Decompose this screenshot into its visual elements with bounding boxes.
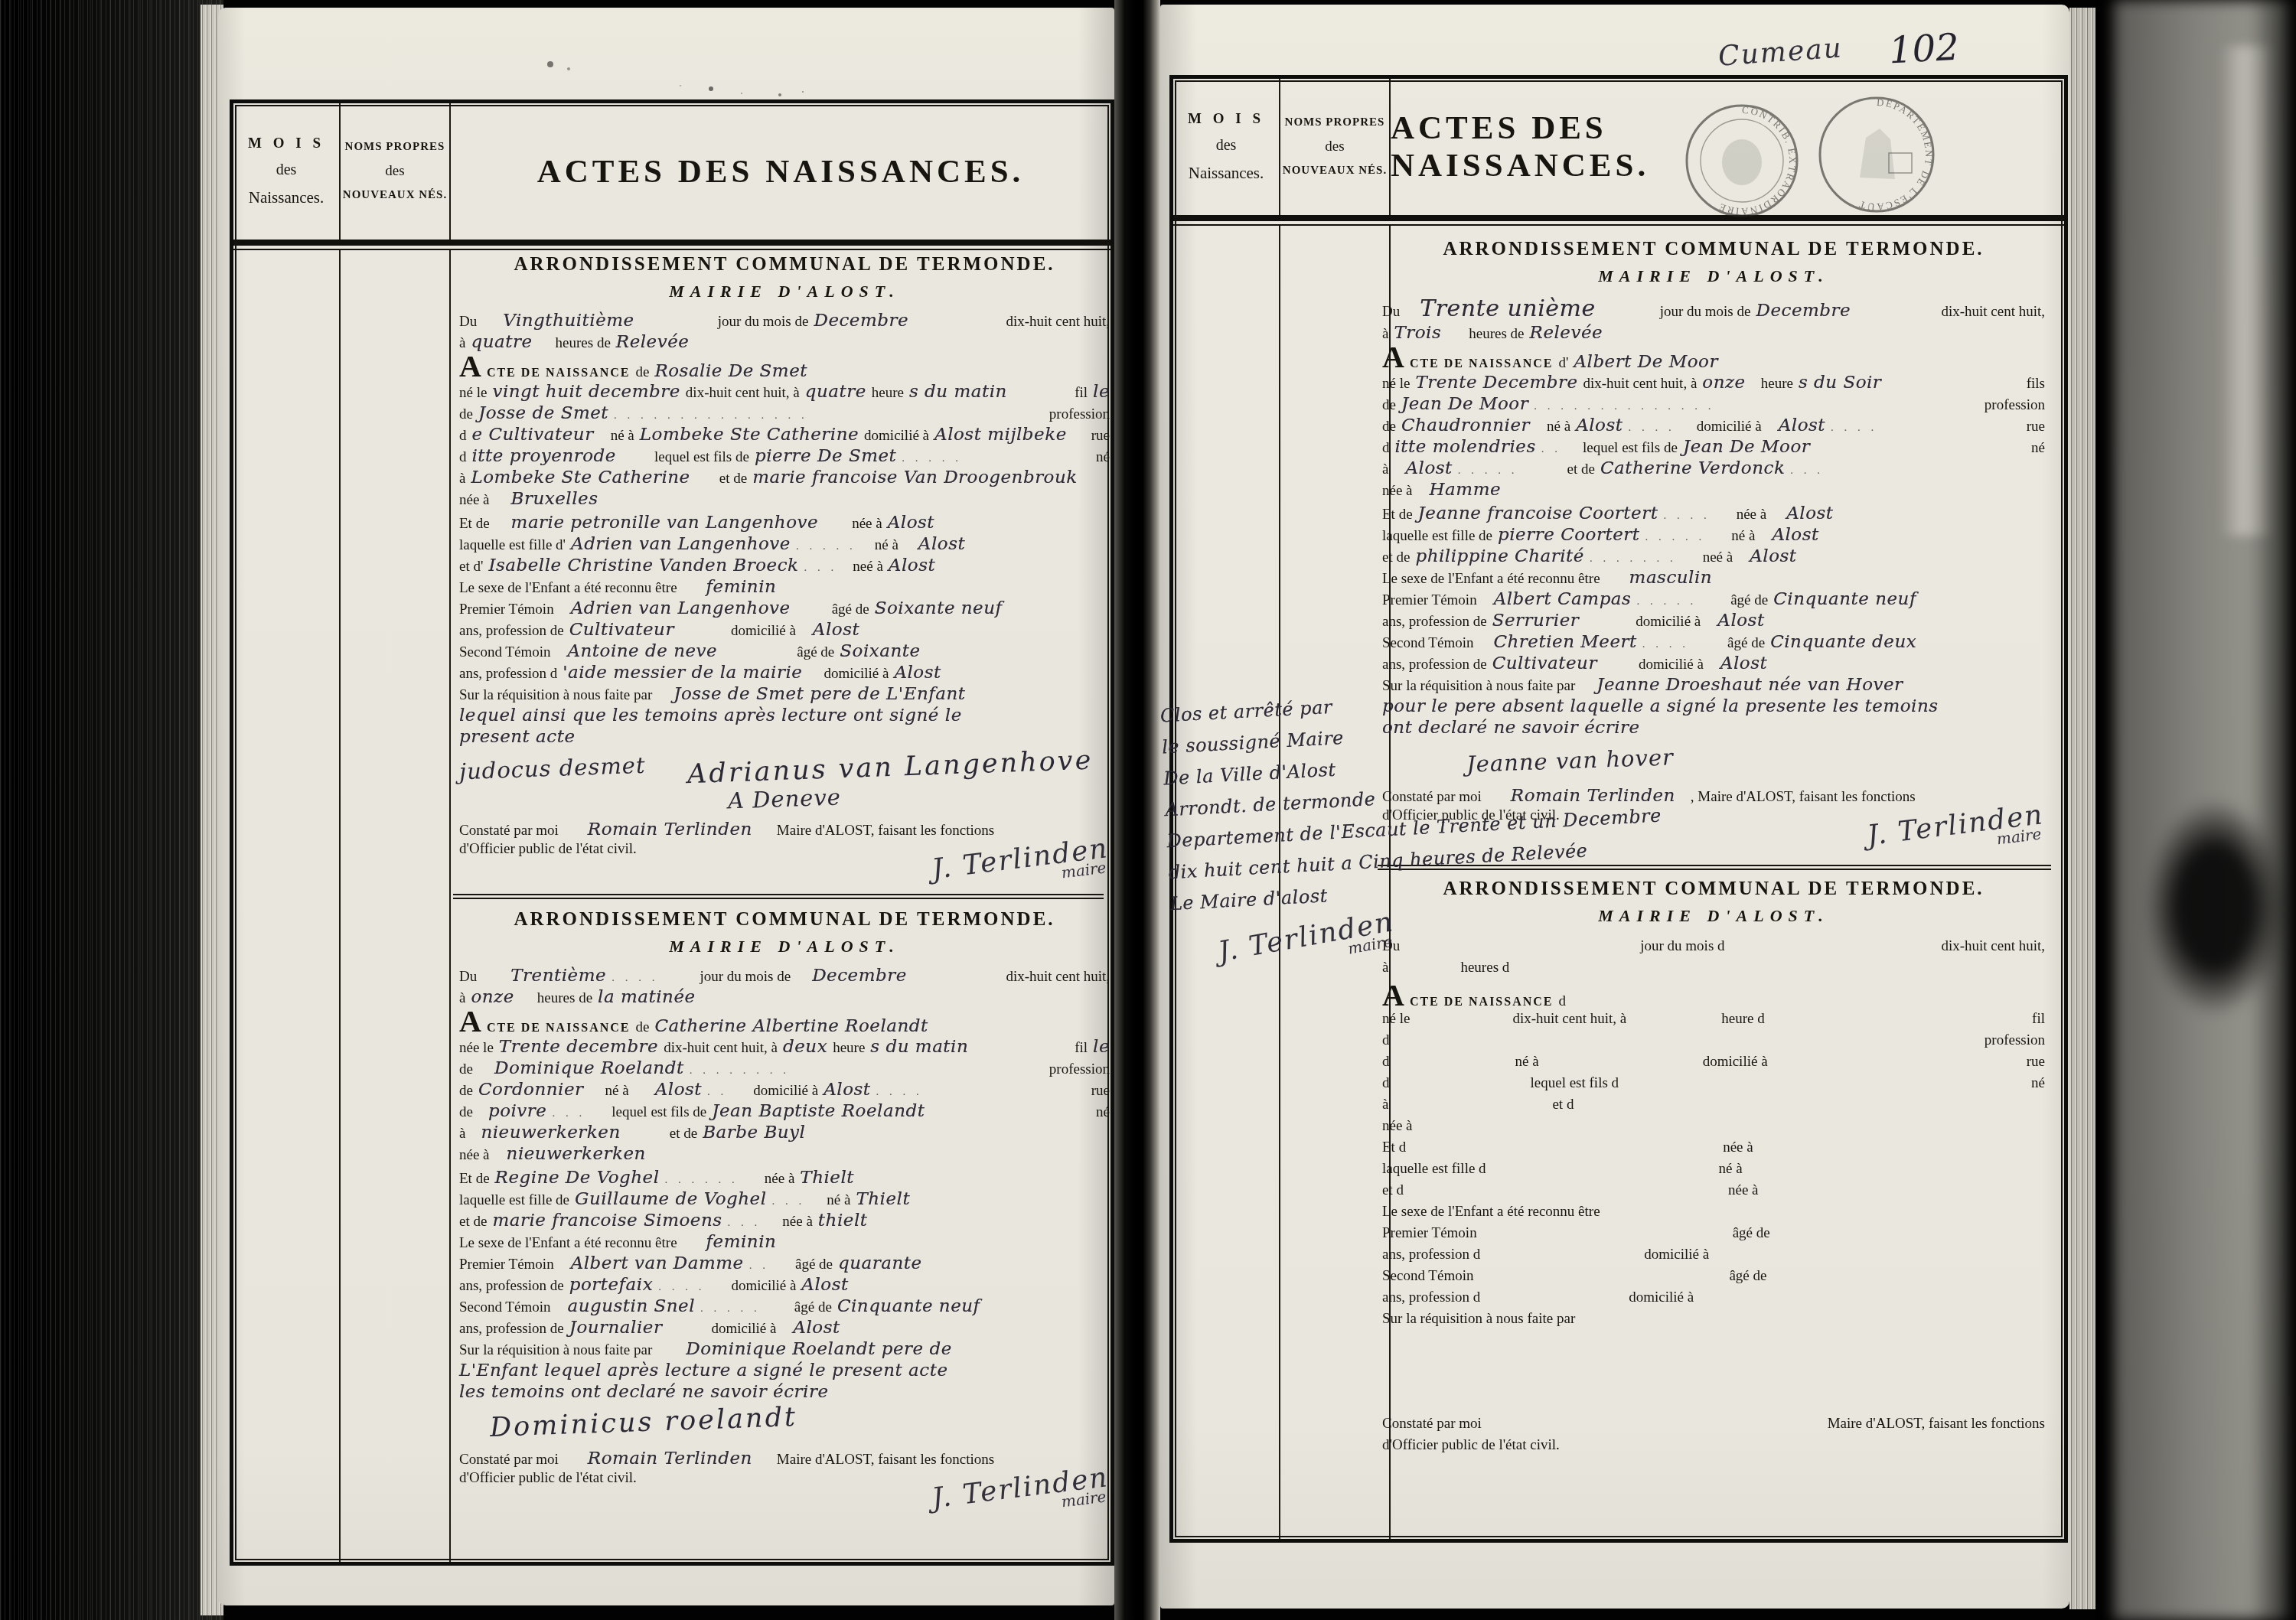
register-closing-note: Clos et arrêté parle soussigné MaireDe l… bbox=[1159, 676, 1708, 972]
handwritten-text: Lombeke Ste Catherine bbox=[471, 468, 690, 487]
spacer bbox=[559, 613, 566, 614]
label: NOUVEAUX NÉS. bbox=[1283, 165, 1387, 178]
printed-text: né bbox=[1096, 449, 1110, 466]
handwritten-text: Alost bbox=[1779, 416, 1825, 435]
printed-text: rue bbox=[1091, 428, 1110, 445]
act-line: Constaté par moiMaire d'ALOST, faisant l… bbox=[1382, 1416, 2045, 1436]
handwritten-text: vingt huit decembre bbox=[492, 382, 680, 402]
printed-text: d bbox=[1558, 993, 1566, 1010]
printed-text: domicilié à bbox=[1636, 614, 1701, 631]
printed-text: ans, profession de bbox=[459, 1278, 564, 1295]
handwritten-text: deux bbox=[783, 1037, 827, 1057]
printed-text: domicilié à bbox=[711, 1321, 776, 1338]
handwritten-text: Hamme bbox=[1430, 480, 1502, 500]
handwritten-text: Relevée bbox=[1530, 323, 1603, 343]
spacer bbox=[556, 656, 562, 657]
handwritten-text: L'Enfant lequel après lecture a signé le… bbox=[459, 1361, 948, 1380]
printed-text: dix-huit cent huit, à bbox=[664, 1040, 778, 1057]
printed-text: Et de bbox=[459, 1171, 490, 1188]
spacer bbox=[744, 1182, 759, 1183]
spacer bbox=[1395, 1087, 1525, 1087]
printed-text: fils bbox=[2027, 376, 2045, 393]
printed-text: âgé de bbox=[1730, 592, 1768, 609]
handwritten-text: Thielt bbox=[856, 1189, 910, 1209]
act-line: L'Enfant lequel après lecture a signé le… bbox=[459, 1361, 1110, 1381]
printed-text: jour du mois de bbox=[700, 969, 791, 986]
handwritten-dots: . . . . bbox=[1642, 638, 1689, 651]
spacer bbox=[482, 980, 505, 981]
label: Naissances. bbox=[249, 188, 325, 207]
handwritten-text: Chaudronnier bbox=[1401, 416, 1530, 435]
spacer bbox=[1711, 539, 1726, 540]
printed-text: heure bbox=[833, 1040, 865, 1057]
column-divider bbox=[339, 250, 341, 1562]
handwritten-text: Decembre bbox=[1756, 301, 1851, 321]
handwritten-dots: . . . . bbox=[612, 972, 658, 985]
handwritten-dots: . . . bbox=[804, 562, 838, 575]
printed-text: de bbox=[459, 1083, 473, 1100]
printed-text: CTE DE NAISSANCE bbox=[487, 367, 631, 380]
act-line: ans, profession deportefaix. . . .domici… bbox=[459, 1275, 1110, 1296]
printed-text: né à bbox=[827, 1192, 850, 1209]
printed-text: dix-huit cent huit, à bbox=[1583, 376, 1698, 393]
signature: Adrianus van Langenhove bbox=[687, 745, 1093, 790]
label: NOMS PROPRES bbox=[1285, 116, 1385, 129]
printed-text: Constaté par moi bbox=[459, 823, 559, 839]
spacer bbox=[640, 325, 713, 326]
spacer bbox=[904, 549, 913, 549]
handwritten-text: Chretien Meert bbox=[1493, 632, 1636, 652]
act-line: et dnée à bbox=[1382, 1182, 2045, 1203]
act-line: et dephilippine Charité. . . . . . .neé … bbox=[1382, 546, 2045, 567]
act-line: DuVingthuitièmejour du mois deDecembredi… bbox=[459, 311, 1110, 331]
dropcap: A bbox=[459, 359, 481, 374]
mairie-heading: MAIRIE D'ALOST. bbox=[459, 937, 1110, 957]
handwritten-text: present acte bbox=[459, 727, 576, 747]
handwritten-text: marie francoise Simoens bbox=[492, 1211, 722, 1230]
handwritten-text: Cinquante deux bbox=[1770, 632, 1916, 652]
printed-text: rue bbox=[2027, 1054, 2045, 1071]
printed-text: lequel est fils de bbox=[654, 449, 749, 466]
act-line: Second Témoinâgé de bbox=[1382, 1268, 2045, 1289]
handwritten-text: marie francoise Van Droogenbrouk bbox=[752, 468, 1078, 487]
printed-text: domicilié à bbox=[731, 623, 796, 640]
printed-text: de bbox=[459, 1104, 473, 1121]
act-line: dprofession bbox=[1382, 1032, 2045, 1053]
printed-text: né à bbox=[605, 1083, 629, 1100]
printed-text: Second Témoin bbox=[1382, 635, 1473, 652]
handwritten-text: e Cultivateur bbox=[472, 425, 594, 445]
handwritten-text: Dominique Roelandt pere de bbox=[686, 1339, 952, 1359]
act-line: né levingt huit decembredix-huit cent hu… bbox=[459, 382, 1110, 403]
spacer bbox=[680, 634, 726, 635]
printed-text: dix-huit cent huit, bbox=[1006, 969, 1110, 986]
handwritten-text: marie petronille van Langenhove bbox=[511, 513, 819, 533]
printed-text: neé à bbox=[1703, 549, 1733, 566]
handwritten-text: Josse de Smet bbox=[478, 403, 608, 423]
printed-text: née le bbox=[459, 1040, 494, 1057]
handwritten-text: masculin bbox=[1629, 568, 1713, 588]
spacer bbox=[626, 1137, 664, 1138]
printed-text: domicilié à bbox=[1629, 1289, 1694, 1306]
act-line: Second Témoinaugustin Snel. . . . .âgé d… bbox=[459, 1296, 1110, 1317]
spacer bbox=[495, 504, 506, 504]
act-line: laquelle est fille d'Adrien van Langenho… bbox=[459, 534, 1110, 555]
printed-text: âgé de bbox=[1733, 1225, 1770, 1242]
handwritten-text: Trente Decembre bbox=[1415, 373, 1577, 393]
printed-text: né le bbox=[1382, 376, 1410, 393]
printed-text: Sur la réquisition à nous faite par bbox=[1382, 1311, 1575, 1328]
handwritten-dots: . . . . . bbox=[796, 540, 856, 553]
act-line: àonzeheures dela matinée bbox=[459, 987, 1110, 1008]
printed-text: né le bbox=[459, 385, 487, 402]
round-ink-stamp: CONTRIB. EXTRAORDINAIRE bbox=[1682, 101, 1802, 220]
handwritten-text: nieuwerkerken bbox=[481, 1123, 620, 1142]
handwritten-dots: . . . . . bbox=[902, 452, 962, 465]
spacer bbox=[758, 834, 771, 835]
printed-text: d'Officier public de l'état civil. bbox=[459, 1470, 637, 1487]
act-line: ditte molendries. .lequel est fils deJea… bbox=[1382, 437, 2045, 458]
spacer bbox=[1567, 451, 1577, 452]
act-line: deChaudronnierné àAlost. . . .domicilié … bbox=[1382, 416, 2045, 436]
printed-text: d bbox=[459, 449, 467, 466]
spacer bbox=[520, 1002, 532, 1002]
act-line: Second TémoinAntoine de neveâgé deSoixan… bbox=[459, 641, 1110, 662]
spacer bbox=[564, 1463, 582, 1464]
printed-text: d bbox=[459, 428, 467, 445]
handwritten-text: Romain Terlinden bbox=[588, 820, 752, 839]
spacer bbox=[559, 1268, 566, 1269]
handwritten-text: Alost bbox=[1576, 416, 1623, 435]
printed-text: Et d bbox=[1382, 1139, 1406, 1156]
printed-text: profession bbox=[1985, 1032, 2045, 1049]
spacer bbox=[1395, 1065, 1510, 1066]
handwritten-text: Alost bbox=[1717, 611, 1764, 631]
spacer bbox=[696, 482, 714, 483]
printed-text: Constaté par moi bbox=[459, 1452, 559, 1468]
spacer bbox=[478, 1116, 483, 1116]
act-line: née à bbox=[1382, 1118, 2045, 1139]
act-divider bbox=[453, 894, 1104, 895]
act-line: ACTE DE NAISSANCEd'Albert De Moor bbox=[1382, 350, 2045, 372]
act-line: ans, profession deJournalierdomicilié àA… bbox=[459, 1318, 1110, 1338]
act-line: DuTrente unièmejour du mois deDecembredi… bbox=[1382, 295, 2045, 322]
act-line: laquelle est fille dné à bbox=[1382, 1161, 2045, 1182]
handwritten-text: Trente unième bbox=[1420, 295, 1595, 322]
handwritten-text: Jean De Moor bbox=[1683, 437, 1810, 457]
printed-text: Premier Témoin bbox=[459, 1257, 554, 1273]
act-line: Et dnée à bbox=[1382, 1139, 2045, 1160]
page-stack-edge-right bbox=[2069, 8, 2095, 1609]
printed-text: d bbox=[1382, 1054, 1390, 1071]
handwritten-text: Soixante bbox=[840, 641, 920, 661]
printed-text: et de bbox=[1382, 549, 1410, 566]
handwritten-text: Vingthuitième bbox=[503, 311, 634, 331]
spacer bbox=[589, 1094, 600, 1095]
printed-text: de bbox=[459, 1061, 473, 1078]
spacer bbox=[1603, 668, 1633, 669]
spacer bbox=[1694, 647, 1722, 647]
act-line: DuTrentième. . . .jour du mois deDecembr… bbox=[459, 966, 1110, 986]
handwritten-text: s du matin bbox=[909, 382, 1007, 402]
label: des bbox=[1325, 139, 1344, 155]
spacer bbox=[471, 1137, 475, 1138]
spacer bbox=[1682, 561, 1698, 562]
act-line: et demarie francoise Simoens. . .née àth… bbox=[459, 1211, 1110, 1231]
printed-text: et de bbox=[670, 1126, 697, 1142]
spacer bbox=[710, 1289, 726, 1290]
handwritten-text: poivre bbox=[488, 1101, 547, 1121]
spacer bbox=[801, 634, 807, 635]
act-line: laquelle est fille deGuillaume de Voghel… bbox=[459, 1189, 1110, 1210]
spacer bbox=[1772, 518, 1781, 519]
handwritten-text: Alost bbox=[894, 663, 941, 683]
spacer bbox=[1492, 1172, 1714, 1173]
printed-text: heure bbox=[1761, 376, 1793, 393]
act-line: ACTE DE NAISSANCEdeRosalie De Smet bbox=[459, 359, 1110, 381]
printed-text: lequel est fils d bbox=[1531, 1075, 1619, 1092]
round-ink-stamp: DÉPARTEMENT DE L'ESCAUT bbox=[1815, 93, 1938, 216]
printed-text: Premier Témoin bbox=[1382, 592, 1477, 609]
mairie-heading: MAIRIE D'ALOST. bbox=[1382, 266, 2045, 286]
printed-text: domicilié à bbox=[864, 428, 929, 445]
printed-text: profession bbox=[1049, 406, 1110, 423]
handwritten-dots: . . . . bbox=[1663, 510, 1710, 523]
handwritten-text: Jean De Moor bbox=[1401, 394, 1528, 414]
act-line: lequel ainsi que les temoins après lectu… bbox=[459, 706, 1110, 726]
spacer bbox=[1544, 1065, 1698, 1066]
printed-text: Maire d'ALOST, faisant les fonctions bbox=[777, 1452, 994, 1468]
handwritten-text: Isabelle Christine Vanden Broeck bbox=[488, 556, 798, 575]
handwritten-text: Romain Terlinden bbox=[588, 1449, 752, 1468]
handwritten-dots: . . bbox=[1541, 443, 1561, 456]
act-line: A Deneve bbox=[459, 786, 1110, 812]
spacer bbox=[1479, 1279, 1724, 1280]
act-line: Dominicus roelandt bbox=[459, 1407, 1110, 1438]
act-line: Et deJeanne francoise Coortert. . . .née… bbox=[1382, 504, 2045, 524]
handwritten-text: Alost bbox=[889, 556, 935, 575]
handwritten-text: Trentième bbox=[510, 966, 606, 986]
handwritten-dots: . . . . bbox=[1629, 422, 1675, 435]
printed-text: d bbox=[1382, 1032, 1390, 1049]
printed-text: née à bbox=[852, 516, 882, 533]
handwritten-text: Cordonnier bbox=[478, 1080, 584, 1100]
handwritten-text: Soixante neuf bbox=[875, 598, 1003, 618]
printed-text: née à bbox=[1723, 1139, 1753, 1156]
left-form-header: M O I S des Naissances. NOMS PROPRES des… bbox=[233, 103, 1110, 246]
spacer bbox=[1632, 1022, 1716, 1023]
printed-text: CTE DE NAISSANCE bbox=[1410, 357, 1554, 371]
handwritten-text: Alost bbox=[1720, 654, 1767, 673]
spacer bbox=[556, 1311, 562, 1312]
ink-spots bbox=[547, 61, 553, 67]
handwritten-text: Alost bbox=[1786, 504, 1833, 523]
printed-text: dix-huit cent huit, à bbox=[686, 385, 800, 402]
book-scan: Cumeau 102 M O I S des Naissances. NOMS … bbox=[0, 0, 2296, 1620]
book-gutter bbox=[1114, 0, 1160, 1620]
handwritten-text: s du matin bbox=[870, 1037, 968, 1057]
label: des bbox=[1216, 137, 1237, 155]
act-line: les temoins ont declaré ne savoir écrire bbox=[459, 1382, 1110, 1403]
printed-text: lequel est fils de bbox=[1583, 440, 1678, 457]
handwritten-text: Jeanne francoise Coortert bbox=[1418, 504, 1658, 523]
printed-text: Et de bbox=[1382, 507, 1413, 523]
printed-text: Le sexe de l'Enfant a été reconnu être bbox=[459, 580, 677, 597]
printed-text: rue bbox=[2027, 419, 2045, 435]
act-line: deJean De Moor. . . . . . . . . . . . . … bbox=[1382, 394, 2045, 415]
printed-text: fil bbox=[1075, 385, 1088, 402]
printed-text: né à bbox=[1731, 528, 1755, 545]
act-line: Constaté par moiRomain TerlindenMaire d'… bbox=[459, 820, 1110, 840]
printed-text: et de bbox=[1567, 461, 1595, 478]
spacer bbox=[1409, 1194, 1723, 1195]
column-divider bbox=[449, 250, 451, 1562]
act-line: ans, profession deCultivateurdomicilié à… bbox=[1382, 654, 2045, 674]
handwritten-text: Adrien van Langenhove bbox=[571, 534, 791, 554]
spacer bbox=[634, 1094, 650, 1095]
spacer bbox=[667, 1332, 706, 1333]
handwritten-text: Decembre bbox=[814, 311, 908, 331]
signature: judocus desmet bbox=[458, 752, 646, 784]
handwritten-text: Thielt bbox=[800, 1168, 854, 1188]
printed-text: âgé de bbox=[1729, 1268, 1766, 1285]
printed-text: domicilié à bbox=[823, 666, 889, 683]
act-line: ans, profession d'aide messier de la mai… bbox=[459, 663, 1110, 683]
act-line: ACTE DE NAISSANCEd bbox=[1382, 988, 2045, 1010]
handwritten-dots: . . . . . . . bbox=[1590, 552, 1677, 566]
handwritten-text: Guillaume de Voghel bbox=[575, 1189, 767, 1209]
handwritten-dots: . . . . . bbox=[1458, 464, 1518, 478]
spacer bbox=[810, 1204, 821, 1204]
act-line: d'Officier public de l'état civil. bbox=[1382, 1437, 2045, 1458]
printed-text: heures de bbox=[537, 990, 592, 1007]
printed-text: laquelle est fille d' bbox=[459, 537, 566, 554]
spacer bbox=[482, 325, 497, 326]
printed-text: né à bbox=[875, 537, 899, 554]
handwritten-text: Alost bbox=[813, 620, 859, 640]
act-line: Premier TémoinAdrien van Langenhoveâgé d… bbox=[459, 598, 1110, 619]
printed-text: Constaté par moi bbox=[1382, 1416, 1482, 1433]
printed-text: lequel est fils de bbox=[612, 1104, 706, 1121]
printed-text: ans, profession d bbox=[1382, 1247, 1480, 1263]
handwritten-dots: . . . . . bbox=[1636, 595, 1697, 608]
printed-text: Maire d'ALOST, faisant les fonctions bbox=[1828, 1416, 2045, 1433]
handwritten-text: Barbe Buyl bbox=[703, 1123, 805, 1142]
signature: Dominicus roelandt bbox=[489, 1402, 797, 1443]
handwritten-text: Lombeke Ste Catherine bbox=[640, 425, 859, 445]
handwritten-dots: . . . bbox=[772, 1195, 806, 1208]
printed-text: né à bbox=[611, 428, 634, 445]
act-line: àet d bbox=[1382, 1097, 2045, 1117]
printed-text: ans, profession d bbox=[1382, 1289, 1480, 1306]
printed-text: de bbox=[635, 364, 649, 381]
act-line: ans, profession deSerrurierdomicilié àAl… bbox=[1382, 611, 2045, 631]
printed-text: dix-huit cent huit, bbox=[1941, 938, 2045, 955]
printed-text: laquelle est fille d bbox=[1382, 1161, 1486, 1178]
printed-text: née à bbox=[765, 1171, 795, 1188]
spacer bbox=[657, 699, 668, 699]
form-title-cell: ACTES DES NAISSANCES. bbox=[451, 103, 1110, 240]
printed-text: domicilié à bbox=[731, 1278, 796, 1295]
printed-text: Second Témoin bbox=[1382, 1268, 1473, 1285]
act-line: ditte proyenrodelequel est fils depierre… bbox=[459, 446, 1110, 467]
printed-text: heure d bbox=[1721, 1011, 1764, 1028]
handwritten-text: Alost bbox=[1405, 458, 1452, 478]
signature: A Deneve bbox=[727, 784, 841, 813]
handwritten-text: Albert De Moor bbox=[1574, 352, 1717, 372]
printed-text: âgé de bbox=[797, 644, 834, 661]
label: Naissances. bbox=[1189, 164, 1264, 183]
spacer bbox=[843, 570, 847, 571]
act-line: née ànieuwerkerken bbox=[459, 1144, 1110, 1165]
label: des bbox=[385, 163, 404, 180]
printed-text: né à bbox=[1719, 1161, 1743, 1178]
printed-text: ans, profession d bbox=[459, 666, 557, 683]
printed-text: domicilié à bbox=[1703, 1054, 1768, 1071]
printed-text: ans, profession de bbox=[1382, 657, 1487, 673]
spacer bbox=[657, 1354, 680, 1354]
act-line: Premier Témoinâgé de bbox=[1382, 1225, 2045, 1246]
spacer bbox=[599, 439, 605, 440]
act-line: Et deRegine De Voghel. . . . . .née àThi… bbox=[459, 1168, 1110, 1188]
printed-text: Second Témoin bbox=[459, 644, 550, 661]
spacer bbox=[1767, 430, 1773, 431]
printed-text: Du bbox=[459, 314, 477, 331]
form-title: ACTES DES NAISSANCES. bbox=[537, 153, 1025, 191]
spacer bbox=[758, 1463, 771, 1464]
act-line: deJosse de Smet. . . . . . . . . . . . .… bbox=[459, 403, 1110, 424]
handwritten-text: Alost bbox=[801, 1275, 848, 1295]
handwritten-text: Dominique Roelandt bbox=[494, 1058, 684, 1078]
printed-text: et d bbox=[1552, 1097, 1574, 1113]
handwritten-text: 'aide messier de la mairie bbox=[563, 663, 802, 683]
handwritten-text: Trente decembre bbox=[499, 1037, 658, 1057]
printed-text: né à bbox=[1515, 1054, 1539, 1071]
handwritten-text: portefaix bbox=[569, 1275, 653, 1295]
handwritten-text: Alost bbox=[1750, 546, 1796, 566]
printed-text: profession bbox=[1049, 1061, 1110, 1078]
handwritten-dots: . . . . . . . . . . . . . . bbox=[1534, 400, 1714, 413]
printed-text: Le sexe de l'Enfant a été reconnu être bbox=[459, 1235, 677, 1252]
handwritten-text: Alost bbox=[793, 1318, 840, 1338]
label: des bbox=[276, 161, 297, 179]
act-line: Sur la réquisition à nous faite parDomin… bbox=[459, 1339, 1110, 1360]
handwritten-text: Bruxelles bbox=[511, 489, 598, 509]
handwritten-text: Josse de Smet pere de L'Enfant bbox=[673, 684, 965, 704]
handwritten-dots: . . . . . . bbox=[665, 1174, 739, 1187]
act-line: Sur la réquisition à nous faite par bbox=[1382, 1311, 2045, 1332]
act-line: Le sexe de l'Enfant a été reconnu être bbox=[1382, 1204, 2045, 1224]
printed-text: heures de bbox=[1469, 326, 1524, 343]
printed-text: laquelle est fille de bbox=[459, 1192, 569, 1209]
printed-text: Le sexe de l'Enfant a été reconnu être bbox=[1382, 571, 1600, 588]
handwritten-text: Catherine Albertine Roelandt bbox=[654, 1016, 928, 1036]
printed-text: Du bbox=[1382, 304, 1400, 321]
handwritten-text: Alost bbox=[1772, 525, 1818, 545]
act-line: Constaté par moiRomain TerlindenMaire d'… bbox=[459, 1449, 1110, 1469]
printed-text: fil bbox=[2032, 1011, 2045, 1028]
spacer bbox=[766, 1225, 777, 1226]
blank-birth-act-form: ARRONDISSEMENT COMMUNAL DE TERMONDE.MAIR… bbox=[1382, 878, 2045, 1458]
handwritten-text: pierre Coortert bbox=[1498, 525, 1639, 545]
spacer bbox=[732, 1094, 748, 1095]
act-line: ans, profession deCultivateurdomicilié à… bbox=[459, 620, 1110, 641]
printed-text: , Maire d'ALOST, faisant les fonctions bbox=[1691, 789, 1916, 806]
printed-text: heures de bbox=[556, 335, 611, 352]
act-line: depoivre. . .lequel est fils deJean Bapt… bbox=[459, 1101, 1110, 1122]
handwritten-text: Cultivateur bbox=[1492, 654, 1597, 673]
act-line: present acte bbox=[459, 727, 1110, 748]
